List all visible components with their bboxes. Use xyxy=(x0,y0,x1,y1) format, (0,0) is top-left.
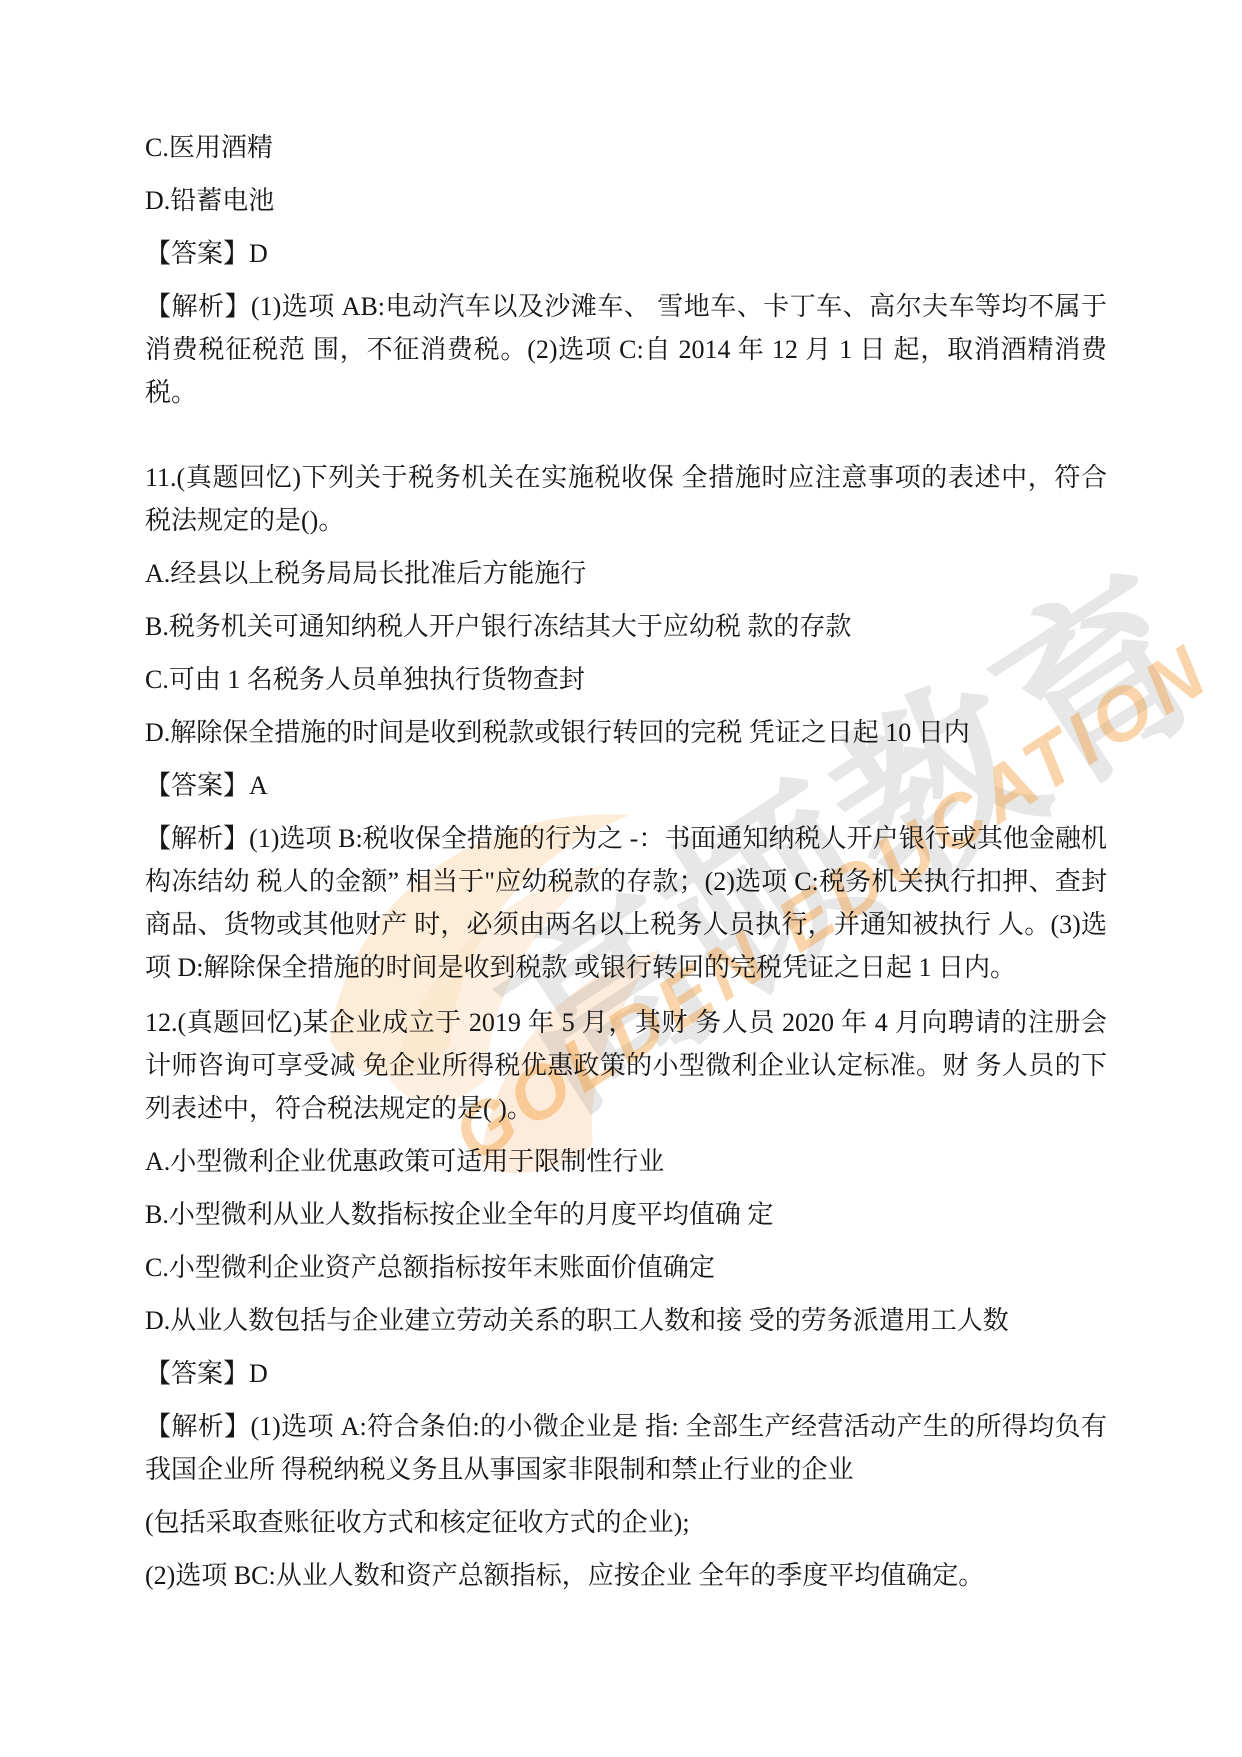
q10-option-c: C.医用酒精 xyxy=(145,126,1107,169)
q12-analysis-part3: (2)选项 BC:从业人数和资产总额指标，应按企业 全年的季度平均值确定。 xyxy=(145,1554,1107,1597)
q11-option-d: D.解除保全措施的时间是收到税款或银行转回的完税 凭证之日起 10 日内 xyxy=(145,711,1107,754)
q10-option-d: D.铅蓄电池 xyxy=(145,179,1107,222)
q12-analysis-part2: (包括采取查账征收方式和核定征收方式的企业); xyxy=(145,1501,1107,1544)
q12-option-b: B.小型微利从业人数指标按企业全年的月度平均值确 定 xyxy=(145,1193,1107,1236)
q10-answer: 【答案】D xyxy=(145,232,1107,275)
q12-option-d: D.从业人数包括与企业建立劳动关系的职工人数和接 受的劳务派遣用工人数 xyxy=(145,1299,1107,1342)
q11-stem: 11.(真题回忆)下列关于税务机关在实施税收保 全措施时应注意事项的表述中，符合… xyxy=(145,456,1107,542)
q11-analysis: 【解析】(1)选项 B:税收保全措施的行为之 -：书面通知纳税人开户银行或其他金… xyxy=(145,817,1107,989)
q12-option-c: C.小型微利企业资产总额指标按年末账面价值确定 xyxy=(145,1246,1107,1289)
q10-analysis: 【解析】(1)选项 AB:电动汽车以及沙滩车、 雪地车、卡丁车、高尔夫车等均不属… xyxy=(145,285,1107,414)
q12-analysis-part1: 【解析】(1)选项 A:符合条伯:的小微企业是 指: 全部生产经营活动产生的所得… xyxy=(145,1405,1107,1491)
q11-option-a: A.经县以上税务局局长批准后方能施行 xyxy=(145,552,1107,595)
exam-text-column: C.医用酒精 D.铅蓄电池 【答案】D 【解析】(1)选项 AB:电动汽车以及沙… xyxy=(145,126,1107,1607)
q12-answer: 【答案】D xyxy=(145,1352,1107,1395)
q11-answer: 【答案】A xyxy=(145,764,1107,807)
q12-option-a: A.小型微利企业优惠政策可适用于限制性行业 xyxy=(145,1140,1107,1183)
document-page: { "watermark": { "cn_text": "高顿教育", "en_… xyxy=(0,0,1242,1757)
q11-option-c: C.可由 1 名税务人员单独执行货物查封 xyxy=(145,658,1107,701)
q11-option-b: B.税务机关可通知纳税人开户银行冻结其大于应幼税 款的存款 xyxy=(145,605,1107,648)
q12-stem: 12.(真题回忆)某企业成立于 2019 年 5 月，其财 务人员 2020 年… xyxy=(145,1001,1107,1130)
